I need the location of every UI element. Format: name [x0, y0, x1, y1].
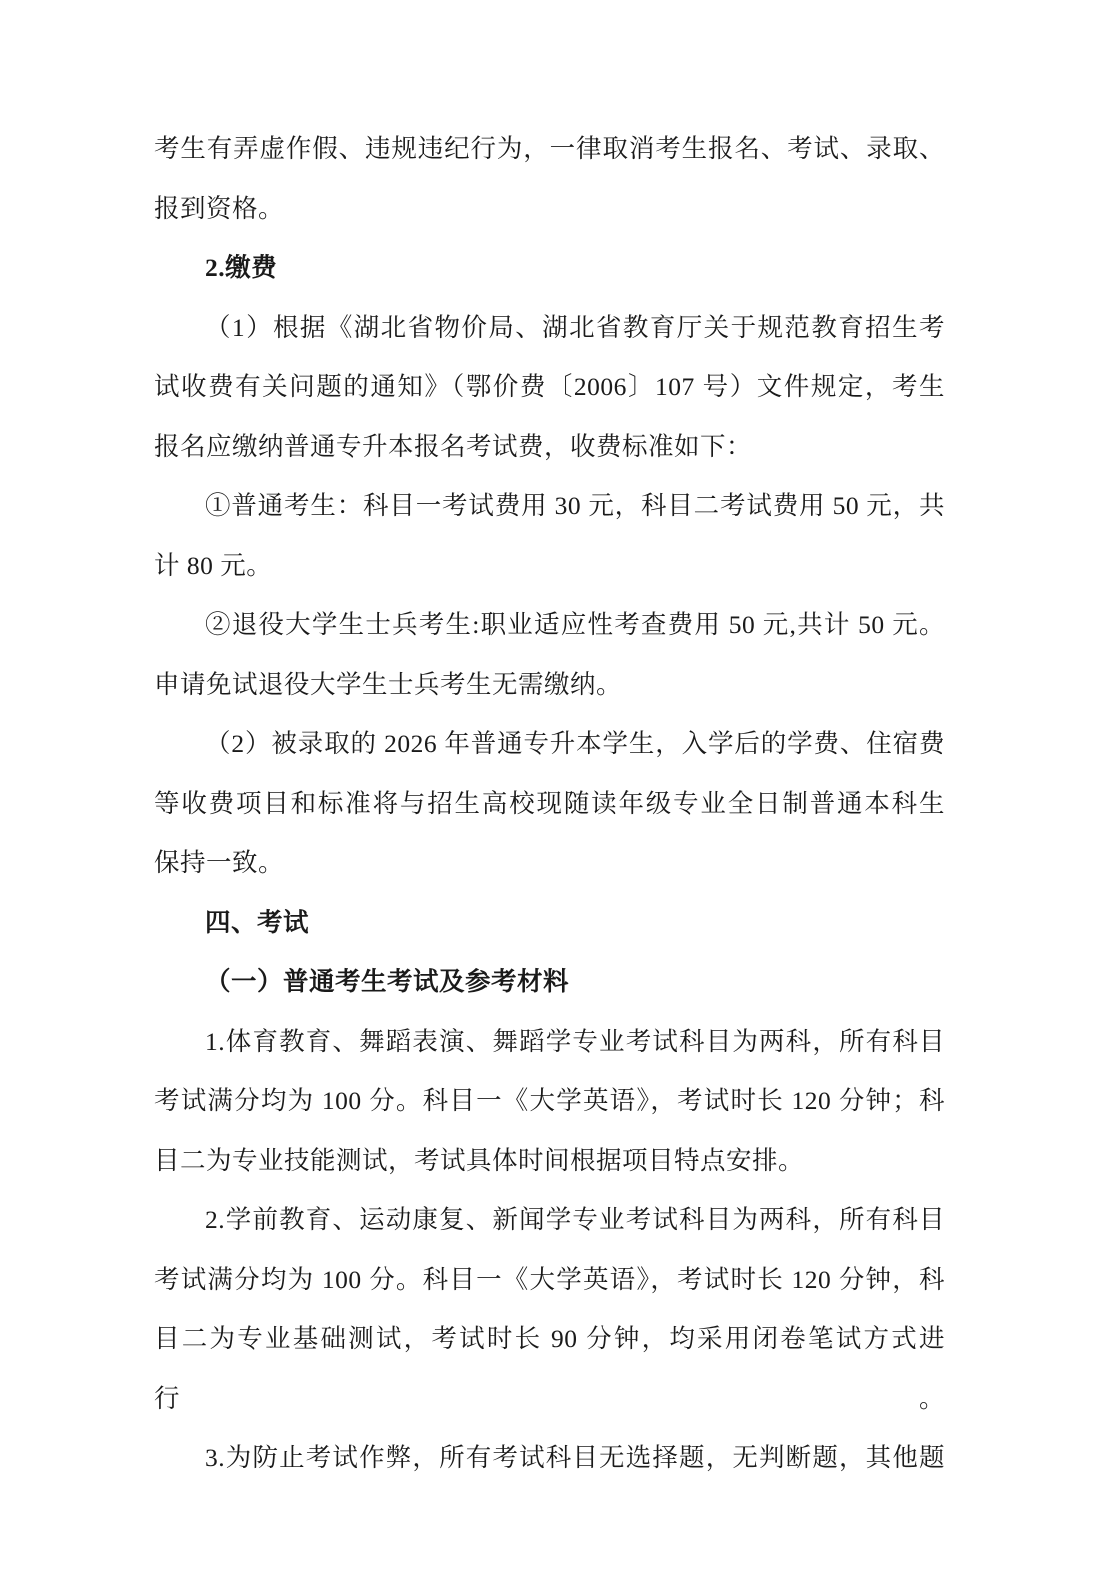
text-line: ①普通考生：科目一考试费用 30 元，科目二考试费用 50 元，共: [154, 476, 945, 536]
text-line: 3.为防止考试作弊，所有考试科目无选择题，无判断题，其他题: [154, 1428, 945, 1488]
text-line: 报到资格。: [154, 179, 945, 239]
text-line: 试收费有关问题的通知》（鄂价费〔2006〕107 号）文件规定，考生: [154, 357, 945, 417]
text-line: 考试满分均为 100 分。科目一《大学英语》，考试时长 120 分钟，科: [154, 1250, 945, 1310]
text-line: 目二为专业基础测试，考试时长 90 分钟，均采用闭卷笔试方式进行。: [154, 1309, 945, 1428]
text-line: （一）普通考生考试及参考材料: [154, 952, 945, 1012]
text-line: 四、考试: [154, 893, 945, 953]
section-heading: 2.缴费: [154, 238, 945, 298]
document-page: 考生有弄虚作假、违规违纪行为，一律取消考生报名、考试、录取、报到资格。2.缴费（…: [0, 0, 1104, 1582]
text-line: 目二为专业技能测试，考试具体时间根据项目特点安排。: [154, 1131, 945, 1191]
text-line: 考试满分均为 100 分。科目一《大学英语》，考试时长 120 分钟；科: [154, 1071, 945, 1131]
paragraph: （2）被录取的 2026 年普通专升本学生，入学后的学费、住宿费等收费项目和标准…: [154, 714, 945, 893]
text-line: 申请免试退役大学生士兵考生无需缴纳。: [154, 655, 945, 715]
paragraph: （1）根据《湖北省物价局、湖北省教育厅关于规范教育招生考试收费有关问题的通知》（…: [154, 298, 945, 477]
paragraph: ①普通考生：科目一考试费用 30 元，科目二考试费用 50 元，共计 80 元。: [154, 476, 945, 595]
text-line: 报名应缴纳普通专升本报名考试费，收费标准如下：: [154, 417, 945, 477]
text-line: 计 80 元。: [154, 536, 945, 596]
text-line: 考生有弄虚作假、违规违纪行为，一律取消考生报名、考试、录取、: [154, 119, 945, 179]
text-line: （1）根据《湖北省物价局、湖北省教育厅关于规范教育招生考: [154, 298, 945, 358]
document-text: 考生有弄虚作假、违规违纪行为，一律取消考生报名、考试、录取、报到资格。2.缴费（…: [154, 119, 945, 1488]
paragraph: 考生有弄虚作假、违规违纪行为，一律取消考生报名、考试、录取、报到资格。: [154, 119, 945, 238]
section-heading: 四、考试: [154, 893, 945, 953]
paragraph: ②退役大学生士兵考生:职业适应性考查费用 50 元,共计 50 元。申请免试退役…: [154, 595, 945, 714]
paragraph: 2.学前教育、运动康复、新闻学专业考试科目为两科，所有科目考试满分均为 100 …: [154, 1190, 945, 1428]
section-heading: （一）普通考生考试及参考材料: [154, 952, 945, 1012]
text-line: 1.体育教育、舞蹈表演、舞蹈学专业考试科目为两科，所有科目: [154, 1012, 945, 1072]
text-line: ②退役大学生士兵考生:职业适应性考查费用 50 元,共计 50 元。: [154, 595, 945, 655]
paragraph: 3.为防止考试作弊，所有考试科目无选择题，无判断题，其他题: [154, 1428, 945, 1488]
text-line: 保持一致。: [154, 833, 945, 893]
text-line: （2）被录取的 2026 年普通专升本学生，入学后的学费、住宿费: [154, 714, 945, 774]
text-line: 2.学前教育、运动康复、新闻学专业考试科目为两科，所有科目: [154, 1190, 945, 1250]
text-line: 等收费项目和标准将与招生高校现随读年级专业全日制普通本科生: [154, 774, 945, 834]
text-line: 2.缴费: [154, 238, 945, 298]
paragraph: 1.体育教育、舞蹈表演、舞蹈学专业考试科目为两科，所有科目考试满分均为 100 …: [154, 1012, 945, 1191]
